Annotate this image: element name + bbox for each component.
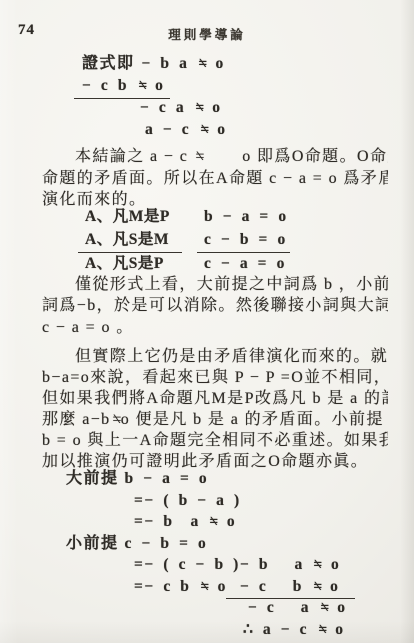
paragraph-line: 那麼 a−b≠o 便是凡 b 是 a 的矛盾面。小前提 c − bbox=[42, 409, 388, 430]
formula-premise-2: − c b ≠ o bbox=[74, 75, 170, 99]
proof-intro-row: − c a ≠ o bbox=[82, 97, 388, 119]
right-column-premise-1: − b a ≠ o bbox=[240, 554, 340, 576]
syllogism-formula-conclusion: c − a = o bbox=[204, 253, 290, 276]
formula-result: − c a ≠ o bbox=[140, 97, 222, 119]
proof-intro-row: − c b ≠ o bbox=[82, 75, 388, 97]
running-title: 理則學導論 bbox=[0, 25, 414, 43]
paragraph-line: 命題的矛盾面。所以在A命題 c − a = o 爲矛盾律 bbox=[42, 168, 388, 190]
right-column-conclusion: ∴ a − c ≠ o bbox=[240, 619, 345, 641]
derivation-row: =− ( b − a ) bbox=[66, 490, 388, 512]
major-premise-formula: b − a = o bbox=[125, 468, 209, 490]
proof-intro-row: 證式即 − b a ≠ o bbox=[82, 53, 388, 75]
derivation-row: =− ( c − b ) − b a ≠ o bbox=[66, 554, 388, 576]
syllogism-table: A、凡M是P b − a = o A、凡S是M c − b = o A、凡S是P… bbox=[85, 206, 290, 276]
derivation-row: =− c b ≠ o − c b ≠ o bbox=[66, 576, 388, 598]
paragraph-line: b = o 與上一A命題完全相同不必重述。如果我們 bbox=[42, 430, 388, 451]
book-page: 74 理則學導論 證式即 − b a ≠ o − c b ≠ o − c a ≠… bbox=[0, 0, 414, 643]
paragraph-1: 本結論之 a − c ≠ o 即爲O命題。O命題就是A 命題的矛盾面。所以在A命… bbox=[42, 146, 388, 211]
paragraph-line: 但如果我們將A命題凡M是P改爲凡 b 是 a 的話， bbox=[42, 388, 388, 409]
paragraph-line: 詞爲−b，於是可以消除。然後聯接小詞與大詞即 bbox=[42, 295, 388, 317]
derivation-row: − c a ≠ o bbox=[66, 597, 388, 619]
syllogism-premise-major: A、凡M是P bbox=[85, 206, 182, 229]
derivation-row: 小前提 c − b = o bbox=[66, 533, 388, 555]
major-premise-label: 大前提 bbox=[66, 468, 119, 490]
right-column-result: − c a ≠ o bbox=[240, 597, 347, 619]
derivation-row: ∴ a − c ≠ o bbox=[66, 619, 388, 641]
proof-intro-row: a − c ≠ o bbox=[82, 119, 388, 141]
proof-intro-block: 證式即 − b a ≠ o − c b ≠ o − c a ≠ o a − c … bbox=[82, 53, 388, 141]
minor-step-1: =− ( c − b ) bbox=[134, 554, 240, 576]
syllogism-conclusion: A、凡S是P bbox=[85, 253, 182, 276]
proof-intro-label: 證式即 bbox=[82, 53, 135, 75]
minor-premise-formula: c − b = o bbox=[125, 533, 208, 555]
major-step-1: =− ( b − a ) bbox=[134, 490, 240, 512]
minor-step-2: =− c b ≠ o bbox=[134, 576, 240, 598]
minor-premise-label: 小前提 bbox=[66, 533, 119, 555]
derivation-row: =− b a ≠ o bbox=[66, 511, 388, 533]
paragraph-line: c − a = o 。 bbox=[42, 317, 388, 339]
paragraph-3: 但實際上它仍是由矛盾律演化而來的。就大前提 b−a=o來說，看起來已與 P − … bbox=[42, 346, 388, 472]
paragraph-line: 本結論之 a − c ≠ o 即爲O命題。O命題就是A bbox=[42, 146, 388, 168]
major-step-2: =− b a ≠ o bbox=[134, 511, 240, 533]
paragraph-line: 僅從形式上看，大前提之中詞爲 b ，小前提之中 bbox=[42, 274, 388, 296]
syllogism-premise-minor: A、凡S是M bbox=[78, 229, 182, 253]
paragraph-line: 但實際上它仍是由矛盾律演化而來的。就大前提 bbox=[42, 346, 388, 367]
paragraph-2: 僅從形式上看，大前提之中詞爲 b ，小前提之中 詞爲−b，於是可以消除。然後聯接… bbox=[42, 274, 388, 339]
paragraph-line: b−a=o來說，看起來已與 P − P =O並不相同， bbox=[42, 367, 388, 388]
syllogism-formula-minor: c − b = o bbox=[197, 229, 290, 253]
formula-premise-1: − b a ≠ o bbox=[142, 53, 225, 75]
right-column-premise-2: − c b ≠ o bbox=[226, 576, 355, 600]
page-content: 證式即 − b a ≠ o − c b ≠ o − c a ≠ o a − c … bbox=[0, 0, 414, 640]
derivation-block: 大前提 b − a = o =− ( b − a ) =− b a ≠ o 小前… bbox=[66, 468, 388, 640]
syllogism-formula-major: b − a = o bbox=[204, 206, 290, 229]
formula-conclusion: a − c ≠ o bbox=[145, 119, 227, 141]
